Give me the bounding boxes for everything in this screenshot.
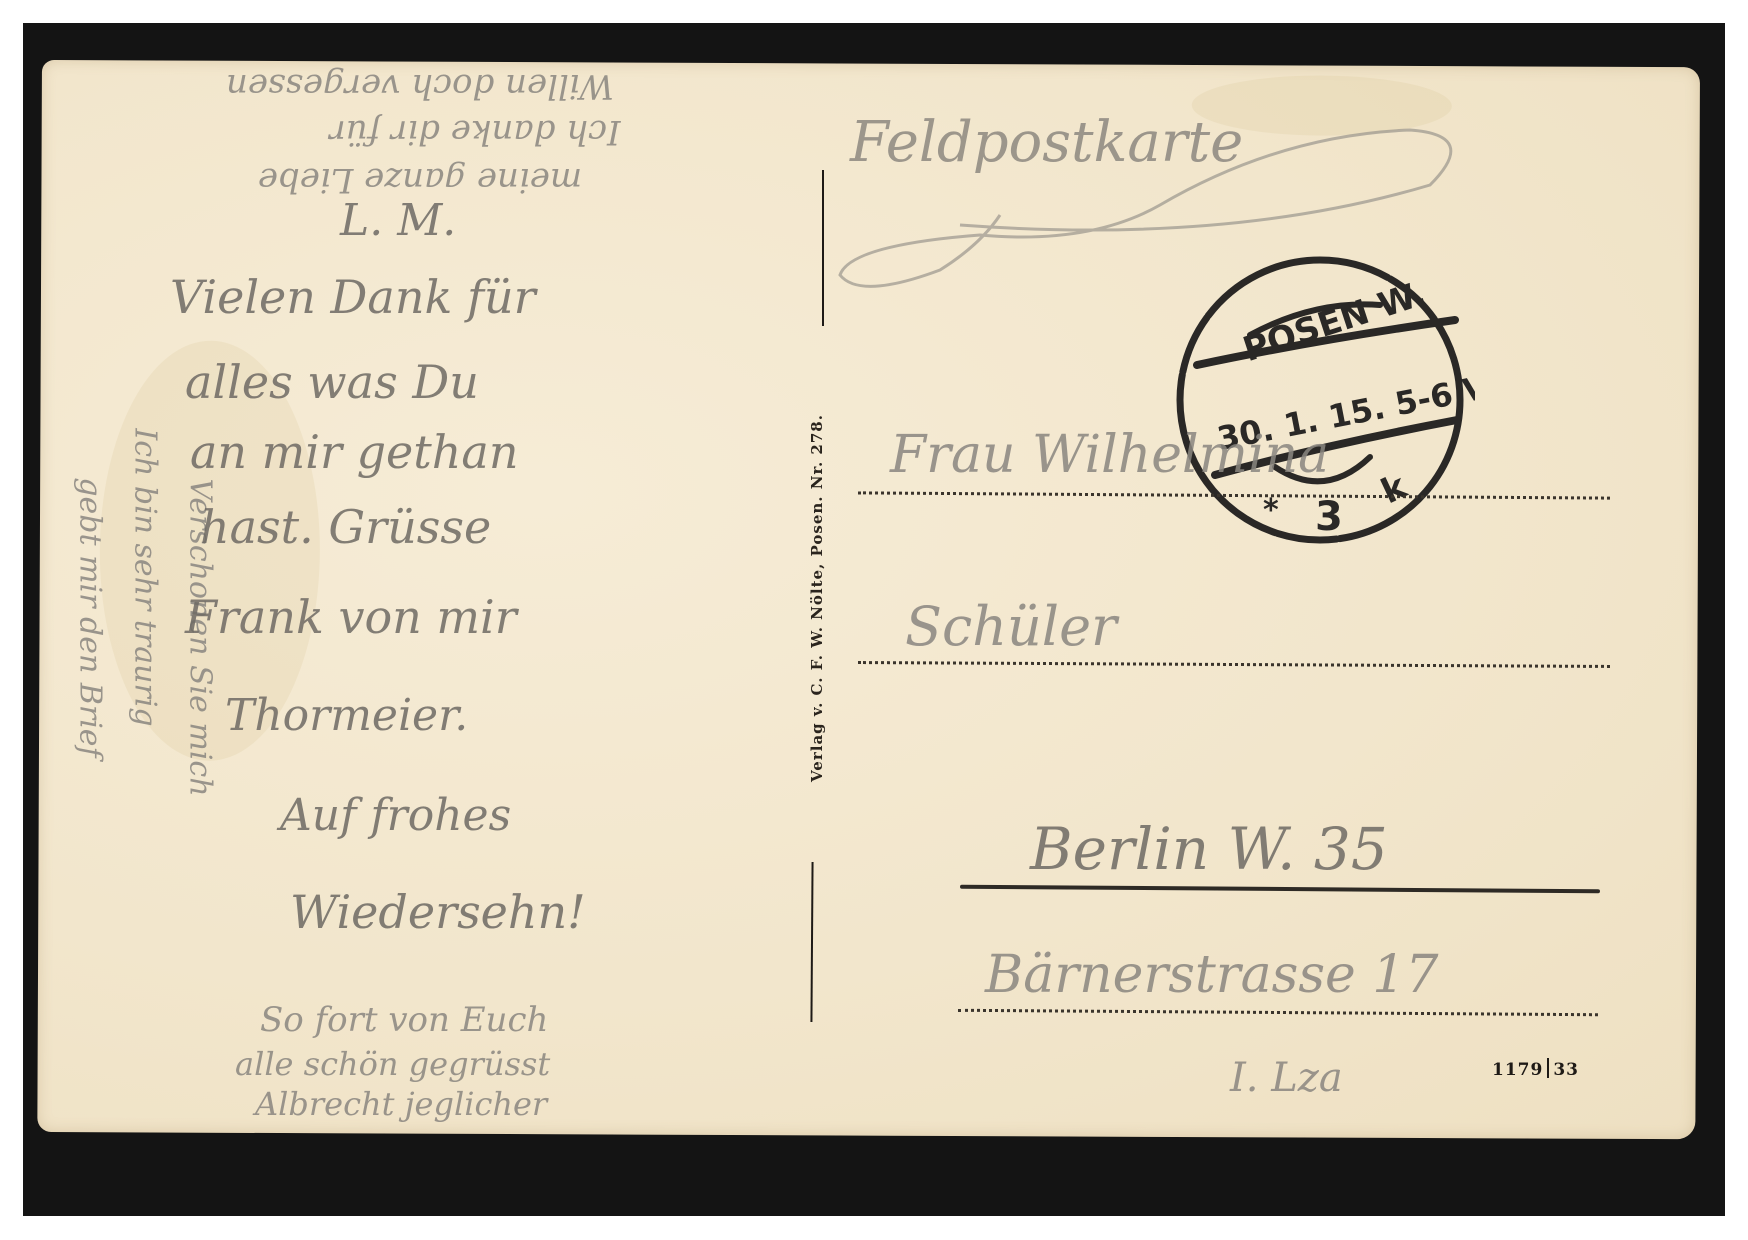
message-footer-line: alle schön gegrüsst [235, 1045, 550, 1083]
message-line: Vielen Dank für [170, 270, 536, 324]
publisher-imprint: Verlag v. C. F. W. Nölte, Posen. Nr. 278… [808, 414, 826, 782]
upside-down-note-2: Ich danke dir für [150, 112, 800, 152]
address-line-3-text: Berlin W. 35 [1030, 815, 1388, 883]
message-line: alles was Du [185, 355, 479, 409]
message-line: an mir gethan [190, 425, 518, 479]
margin-note-1: Ich bin sehr traurig [128, 198, 163, 958]
serial-left: 1179 [1492, 1060, 1543, 1080]
svg-text:POSEN W.: POSEN W. [1238, 274, 1431, 371]
serial-number: 117933 [1492, 1058, 1579, 1080]
message-line: Auf frohes [280, 790, 511, 841]
address-annotation: I. Lza [1230, 1055, 1343, 1101]
serial-separator [1547, 1058, 1549, 1078]
serial-right: 33 [1553, 1060, 1579, 1080]
message-line: Thormeier. [225, 690, 468, 741]
message-footer-line: So fort von Euch [260, 1000, 548, 1040]
message-footer-line: Albrecht jeglicher [255, 1085, 547, 1123]
heading-feldpostkarte: Feldpostkarte [850, 110, 1243, 175]
address-line-2-text: Schüler [905, 595, 1117, 658]
message-line: hast. Grüsse [200, 500, 491, 554]
margin-note-3: gebt mir den Brief [73, 238, 108, 998]
message-line: L. M. [340, 195, 456, 246]
address-line-4-text: Bärnerstrasse 17 [985, 945, 1438, 1005]
divider-line-top [822, 170, 824, 326]
svg-text:3: 3 [1315, 494, 1343, 540]
postmark-stamp: POSEN W. 30. 1. 15. 5-6 V 3 * k [1165, 245, 1475, 555]
svg-text:*: * [1263, 493, 1279, 528]
upside-down-note-1: Willen doch vergessen [60, 66, 780, 106]
message-line: Frank von mir [185, 590, 517, 644]
address-line-1-text: Frau Wilhelmina [890, 425, 1329, 485]
message-line: Wiedersehn! [290, 885, 586, 939]
upside-down-note-3: meine ganze Liebe [60, 160, 780, 200]
